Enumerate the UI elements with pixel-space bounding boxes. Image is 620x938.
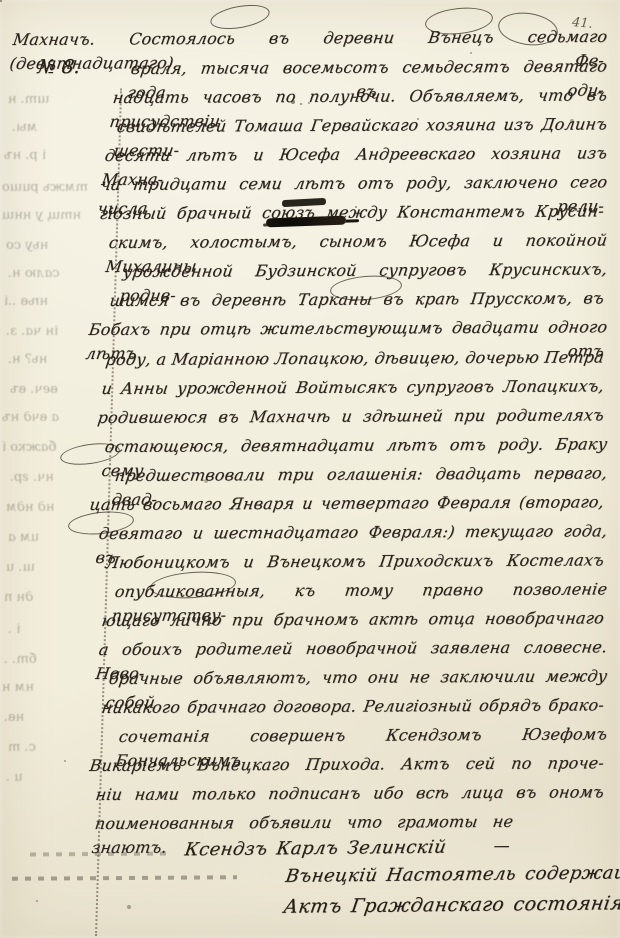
- bleed-through-fragment: с. т: [7, 740, 37, 755]
- manuscript-line: и Анны урожденной Войтысякъ супруговъ Ло…: [100, 374, 606, 401]
- manuscript-line: ніи нами только подписанъ ибо всѣ лица в…: [94, 780, 606, 807]
- bleed-through-fragment: нь? н.: [7, 352, 49, 367]
- line-filler-dashes: [12, 875, 237, 881]
- manuscript-line: Викаріемъ Вънецкаго Прихода. Актъ сей по…: [88, 751, 606, 778]
- bleed-through-fragment: ін ча. з.: [5, 324, 59, 339]
- manuscript-line: Любоницкомъ и Вънецкомъ Приходскихъ Кост…: [104, 548, 606, 575]
- manuscript-line: родившеюся въ Махначѣ и здѣшней при роди…: [96, 403, 606, 430]
- bleed-through-fragment: шт. н: [7, 92, 51, 107]
- manuscript-line: ющаго лично при брачномъ актѣ отца новоб…: [100, 606, 606, 633]
- bleed-through-fragment: бажко і: [1, 440, 57, 455]
- bleed-through-fragment: мы.: [11, 120, 39, 135]
- bleed-through-fragment: веч. въ: [9, 382, 59, 397]
- bleed-through-fragment: а вчд нъ: [1, 410, 60, 425]
- signature-line: Вънецкій Настоятель содержащій: [284, 862, 620, 887]
- bleed-through-fragment: нв.: [3, 710, 25, 725]
- manuscript-line: никакого брачнаго договора. Религіозный …: [100, 693, 606, 720]
- bleed-through-fragment: нтщ у ннш: [1, 208, 82, 223]
- ink-specks: [0, 0, 2, 2]
- bleed-through-fragment: і .: [7, 622, 22, 637]
- bleed-through-fragment: им а: [7, 530, 40, 545]
- bleed-through-fragment: салю н.: [7, 266, 61, 281]
- manuscript-line: шимся въ деревнѣ Тарканы въ краѣ Прусско…: [108, 286, 606, 313]
- bleed-through-fragment: бт. .: [3, 652, 38, 667]
- bleed-through-fragment: ш. и: [5, 560, 36, 575]
- bleed-through-fragment: ньу со: [5, 238, 50, 253]
- bleed-through-fragment: тмжь ришо: [1, 180, 89, 195]
- manuscript-page: 41. № 8. Махначъ. Состоялось въ деревни …: [0, 0, 620, 938]
- manuscript-line: роду, а Маріанною Лопацкою, дѣвицею, доч…: [104, 345, 606, 372]
- bleed-through-fragment: нм н: [1, 680, 35, 695]
- bleed-through-fragment: і р. нъ: [3, 148, 47, 163]
- bleed-through-fragment: дн п: [3, 590, 34, 605]
- bleed-through-fragment: нд ндм: [5, 500, 56, 515]
- bleed-through-fragment: нѣв ..і: [3, 294, 49, 309]
- bleed-through-fragment: нч. гр.: [9, 470, 55, 485]
- manuscript-line: гіозный брачный союзъ между Константемъ …: [98, 199, 606, 226]
- signature-line: Ксендзъ Карлъ Зелинскій: [183, 837, 448, 861]
- manuscript-line: цать восьмаго Января и четвертаго Феврал…: [88, 490, 606, 517]
- signature-line: Актъ Гражданскаго состоянія.: [282, 892, 620, 918]
- bleed-through-fragment: и .: [5, 770, 24, 785]
